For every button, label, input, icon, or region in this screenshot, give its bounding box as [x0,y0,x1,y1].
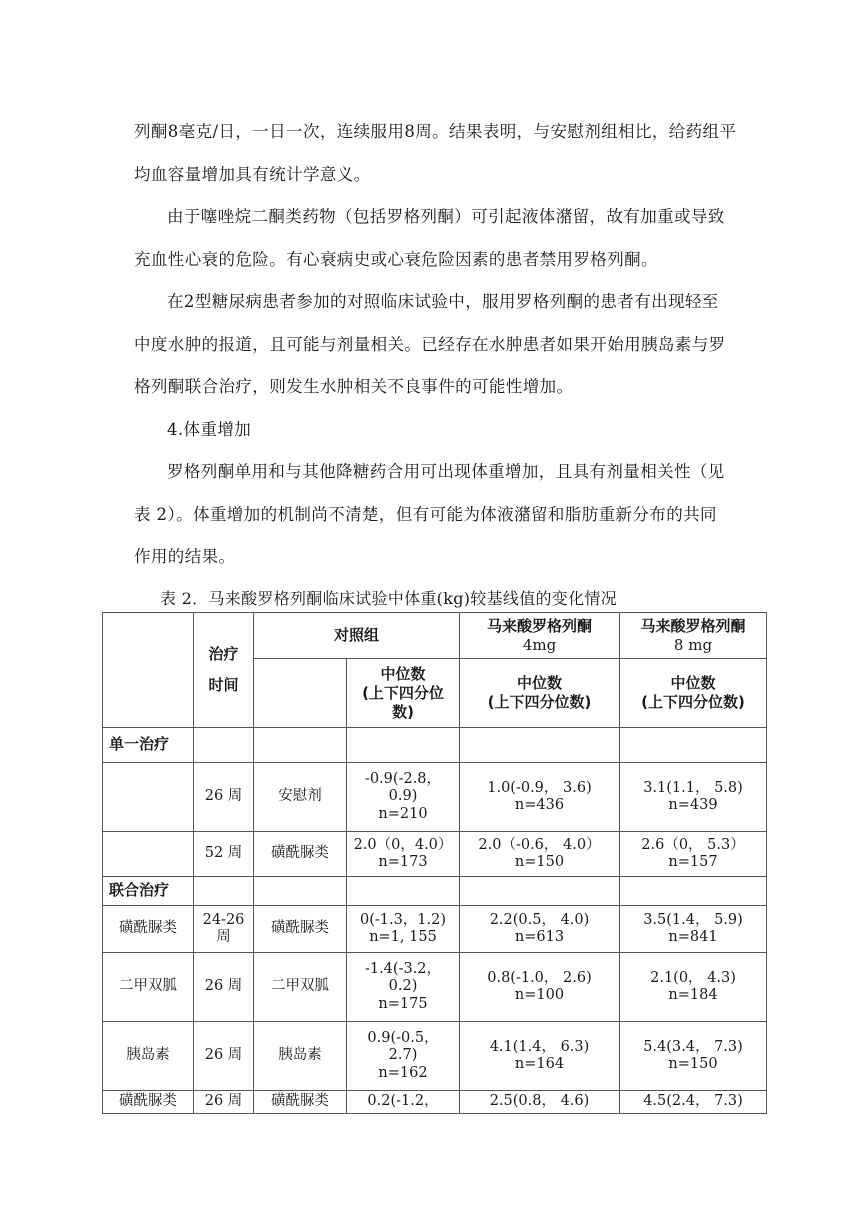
table-caption: 表 2．马来酸罗格列酮临床试验中体重(kg)较基线值的变化情况 [160,588,617,610]
table-row: 二甲双胍 26 周 二甲双胍 -1.4(-3.2， 0.2) n=175 0.8… [103,953,767,1022]
control-value-cell: 0.9(-0.5， 2.7) n=162 [347,1022,460,1091]
header-drug-8mg: 马来酸罗格列酮 8 mg [620,613,767,659]
duration-cell: 26 周 [194,1091,254,1114]
empty-cell [254,877,347,906]
duration-cell: 26 周 [194,1022,254,1091]
value-4mg-cell: 0.8(-1.0， 2.6) n=100 [460,953,620,1022]
empty-cell [194,877,254,906]
therapy-cell: 胰岛素 [103,1022,194,1091]
text-line: 作用的结果。 [134,536,744,579]
text-line: 罗格列酮单用和与其他降糖药合用可出现体重增加，且具有剂量相关性（见 [134,451,744,494]
header-4mg-median: 中位数 (上下四分位数) [460,659,620,728]
value-8mg-cell: 5.4(3.4， 7.3) n=150 [620,1022,767,1091]
therapy-cell: 二甲双胍 [103,953,194,1022]
header-drug-4mg: 马来酸罗格列酮 4mg [460,613,620,659]
control-cell: 磺酰脲类 [254,832,347,877]
value-4mg-cell: 2.0（-0.6， 4.0） n=150 [460,832,620,877]
therapy-cell [103,832,194,877]
duration-cell: 26 周 [194,763,254,832]
text-line: 由于噻唑烷二酮类药物（包括罗格列酮）可引起液体潴留，故有加重或导致 [134,196,744,239]
control-cell: 安慰剂 [254,763,347,832]
duration-cell: 26 周 [194,953,254,1022]
header-8mg-median: 中位数 (上下四分位数) [620,659,767,728]
paragraph-edema: 在2型糖尿病患者参加的对照临床试验中，服用罗格列酮的患者有出现轻至 中度水肿的报… [134,281,744,409]
therapy-cell [103,763,194,832]
text-line: 列酮8毫克/日，一日一次，连续服用8周。结果表明，与安慰剂组相比，给药组平 [134,111,744,154]
control-cell: 磺酰脲类 [254,906,347,953]
text-line: 均血容量增加具有统计学意义。 [134,154,744,197]
text-line: 表 2）。体重增加的机制尚不清楚，但有可能为体液潴留和脂肪重新分布的共同 [134,494,744,537]
text-line: 在2型糖尿病患者参加的对照临床试验中，服用罗格列酮的患者有出现轻至 [134,281,744,324]
empty-cell [254,728,347,763]
header-control-empty [254,659,347,728]
header-empty-cell [103,613,194,728]
control-value-cell: -0.9(-2.8， 0.9) n=210 [347,763,460,832]
value-4mg-cell: 2.2(0.5， 4.0) n=613 [460,906,620,953]
value-8mg-cell: 3.5(1.4， 5.9) n=841 [620,906,767,953]
value-8mg-cell: 2.6（0， 5.3） n=157 [620,832,767,877]
value-4mg-cell: 1.0(-0.9， 3.6) n=436 [460,763,620,832]
control-cell: 磺酰脲类 [254,1091,347,1114]
control-value-cell: 2.0（0，4.0） n=173 [347,832,460,877]
heading-text: 4.体重增加 [134,409,744,452]
table-row: 52 周 磺酰脲类 2.0（0，4.0） n=173 2.0（-0.6， 4.0… [103,832,767,877]
empty-cell [460,728,620,763]
control-value-cell: 0(-1.3，1.2) n=1, 155 [347,906,460,953]
weight-change-table: 治疗 时间 对照组 马来酸罗格列酮 4mg 马来酸罗格列酮 8 mg 中位数 (… [102,612,767,1114]
paragraph-blood-volume: 列酮8毫克/日，一日一次，连续服用8周。结果表明，与安慰剂组相比，给药组平 均血… [134,111,744,196]
section-title: 单一治疗 [103,728,194,763]
therapy-cell: 磺酰脲类 [103,906,194,953]
value-8mg-cell: 2.1(0， 4.3) n=184 [620,953,767,1022]
value-4mg-cell: 4.1(1.4， 6.3) n=164 [460,1022,620,1091]
therapy-cell: 磺酰脲类 [103,1091,194,1114]
paragraph-weight-gain: 罗格列酮单用和与其他降糖药合用可出现体重增加，且具有剂量相关性（见 表 2）。体… [134,451,744,579]
section-row-monotherapy: 单一治疗 [103,728,767,763]
text-line: 格列酮联合治疗，则发生水肿相关不良事件的可能性增加。 [134,366,744,409]
value-4mg-cell: 2.5(0.8， 4.6) [460,1091,620,1114]
section-row-combination: 联合治疗 [103,877,767,906]
section-title: 联合治疗 [103,877,194,906]
paragraph-fluid-retention: 由于噻唑烷二酮类药物（包括罗格列酮）可引起液体潴留，故有加重或导致 充血性心衰的… [134,196,744,281]
section-heading-weight-gain: 4.体重增加 [134,409,744,452]
empty-cell [620,877,767,906]
duration-cell: 24-26 周 [194,906,254,953]
empty-cell [347,728,460,763]
header-treatment-time: 治疗 时间 [194,613,254,728]
empty-cell [194,728,254,763]
text-line: 中度水肿的报道，且可能与剂量相关。已经存在水肿患者如果开始用胰岛素与罗 [134,324,744,367]
header-control-group: 对照组 [254,613,460,659]
value-8mg-cell: 4.5(2.4， 7.3) [620,1091,767,1114]
duration-cell: 52 周 [194,832,254,877]
table-row: 26 周 安慰剂 -0.9(-2.8， 0.9) n=210 1.0(-0.9，… [103,763,767,832]
table-row: 磺酰脲类 26 周 磺酰脲类 0.2(-1.2， 2.5(0.8， 4.6) 4… [103,1091,767,1114]
header-row-1: 治疗 时间 对照组 马来酸罗格列酮 4mg 马来酸罗格列酮 8 mg [103,613,767,659]
text-line: 充血性心衰的危险。有心衰病史或心衰危险因素的患者禁用罗格列酮。 [134,239,744,282]
control-value-cell: -1.4(-3.2， 0.2) n=175 [347,953,460,1022]
empty-cell [347,877,460,906]
control-cell: 二甲双胍 [254,953,347,1022]
empty-cell [620,728,767,763]
empty-cell [460,877,620,906]
table-row: 磺酰脲类 24-26 周 磺酰脲类 0(-1.3，1.2) n=1, 155 2… [103,906,767,953]
control-value-cell: 0.2(-1.2， [347,1091,460,1114]
value-8mg-cell: 3.1(1.1， 5.8) n=439 [620,763,767,832]
header-control-median: 中位数 (上下四分位 数) [347,659,460,728]
table-row: 胰岛素 26 周 胰岛素 0.9(-0.5， 2.7) n=162 4.1(1.… [103,1022,767,1091]
control-cell: 胰岛素 [254,1022,347,1091]
